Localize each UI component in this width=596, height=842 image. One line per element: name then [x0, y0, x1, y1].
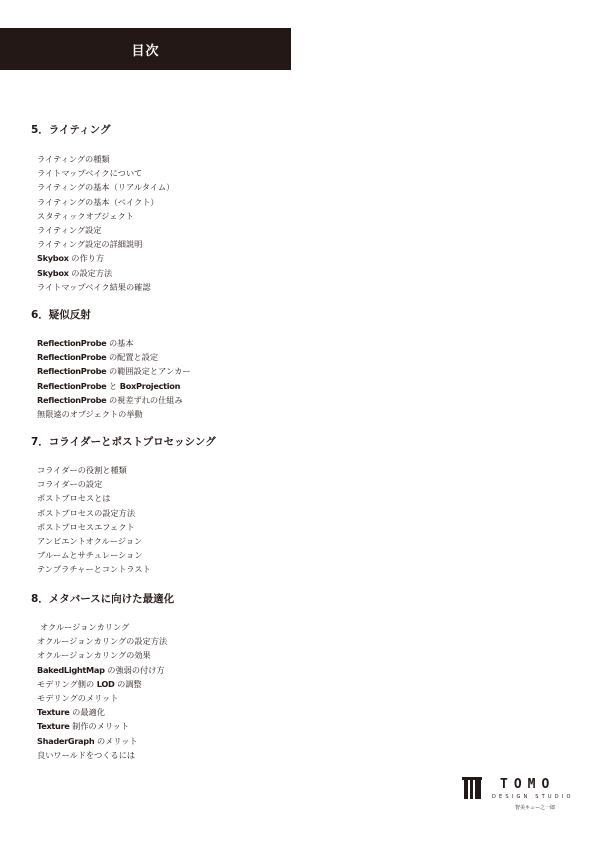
logo-name: TOMO	[500, 777, 555, 792]
toc-item[interactable]: ReflectionProbe の配置と設定	[37, 350, 191, 364]
logo-japanese: 智美キュー之一郎	[515, 804, 555, 811]
section-heading: 5．ライティング	[31, 123, 110, 137]
toc-item-list: ReflectionProbe の基本 ReflectionProbe の配置と…	[37, 336, 191, 421]
toc-item[interactable]: アンビエントオクルージョン	[37, 534, 151, 548]
toc-item[interactable]: コライダーの設定	[37, 477, 151, 491]
toc-item[interactable]: BakedLightMap の強弱の付け方	[37, 663, 167, 677]
toc-item[interactable]: ライティングの種類	[37, 152, 174, 166]
toc-item[interactable]: ShaderGraph のメリット	[37, 734, 167, 748]
toc-item[interactable]: モデリングのメリット	[37, 691, 167, 705]
toc-item[interactable]: モデリング側の LOD の調整	[37, 677, 167, 691]
toc-section-8: 8．メタバースに向けた最適化 オクルージョンカリング オクルージョンカリングの設…	[31, 592, 174, 606]
toc-item[interactable]: オクルージョンカリングの設定方法	[37, 634, 167, 648]
section-heading: 7．コライダーとポストプロセッシング	[31, 435, 216, 449]
toc-section-6: 6．疑似反射 ReflectionProbe の基本 ReflectionPro…	[31, 308, 91, 322]
toc-item-list: オクルージョンカリング オクルージョンカリングの設定方法 オクルージョンカリング…	[37, 620, 167, 762]
toc-item[interactable]: ポストプロセスの設定方法	[37, 506, 151, 520]
tomo-design-studio-logo: TOMO DESIGN STUDIO 智美キュー之一郎	[462, 777, 577, 815]
toc-item[interactable]: Skybox の設定方法	[37, 266, 174, 280]
page-title: 目次	[131, 40, 159, 59]
toc-item[interactable]: Texture の最適化	[37, 705, 167, 719]
toc-item[interactable]: ライティング設定	[37, 223, 174, 237]
logo-mark-icon	[462, 777, 482, 799]
toc-section-5: 5．ライティング ライティングの種類 ライトマップベイクについて ライティングの…	[31, 123, 110, 137]
toc-item[interactable]: ReflectionProbe の基本	[37, 336, 191, 350]
toc-item[interactable]: テンプラチャーとコントラスト	[37, 562, 151, 576]
toc-item[interactable]: コライダーの役割と種類	[37, 463, 151, 477]
toc-item[interactable]: ライティングの基本（ベイクト）	[37, 195, 174, 209]
toc-item[interactable]: 良いワールドをつくるには	[37, 748, 167, 762]
toc-item[interactable]: 無限遠のオブジェクトの挙動	[37, 407, 191, 421]
toc-item[interactable]: ポストプロセスとは	[37, 491, 151, 505]
toc-item[interactable]: ブルームとサチュレーション	[37, 548, 151, 562]
toc-item[interactable]: ライティング設定の詳細説明	[37, 237, 174, 251]
section-heading: 8．メタバースに向けた最適化	[31, 592, 174, 606]
toc-item-list: ライティングの種類 ライトマップベイクについて ライティングの基本（リアルタイム…	[37, 152, 174, 294]
toc-item[interactable]: ReflectionProbe の視差ずれの仕組み	[37, 393, 191, 407]
toc-item[interactable]: Skybox の作り方	[37, 251, 174, 265]
logo-subtitle: DESIGN STUDIO	[492, 794, 574, 800]
toc-item[interactable]: スタティックオブジェクト	[37, 209, 174, 223]
toc-item[interactable]: ライトマップベイク結果の確認	[37, 280, 174, 294]
toc-item[interactable]: ReflectionProbe と BoxProjection	[37, 379, 191, 393]
toc-item[interactable]: ライティングの基本（リアルタイム）	[37, 180, 174, 194]
toc-item[interactable]: Texture 制作のメリット	[37, 719, 167, 733]
toc-item[interactable]: オクルージョンカリング	[37, 620, 167, 634]
toc-item[interactable]: ポストプロセスエフェクト	[37, 520, 151, 534]
toc-item[interactable]: ライトマップベイクについて	[37, 166, 174, 180]
header-bar: 目次	[0, 28, 291, 70]
toc-item[interactable]: ReflectionProbe の範囲設定とアンカー	[37, 364, 191, 378]
toc-item-list: コライダーの役割と種類 コライダーの設定 ポストプロセスとは ポストプロセスの設…	[37, 463, 151, 577]
toc-item[interactable]: オクルージョンカリングの効果	[37, 648, 167, 662]
toc-section-7: 7．コライダーとポストプロセッシング コライダーの役割と種類 コライダーの設定 …	[31, 435, 216, 449]
section-heading: 6．疑似反射	[31, 308, 91, 322]
